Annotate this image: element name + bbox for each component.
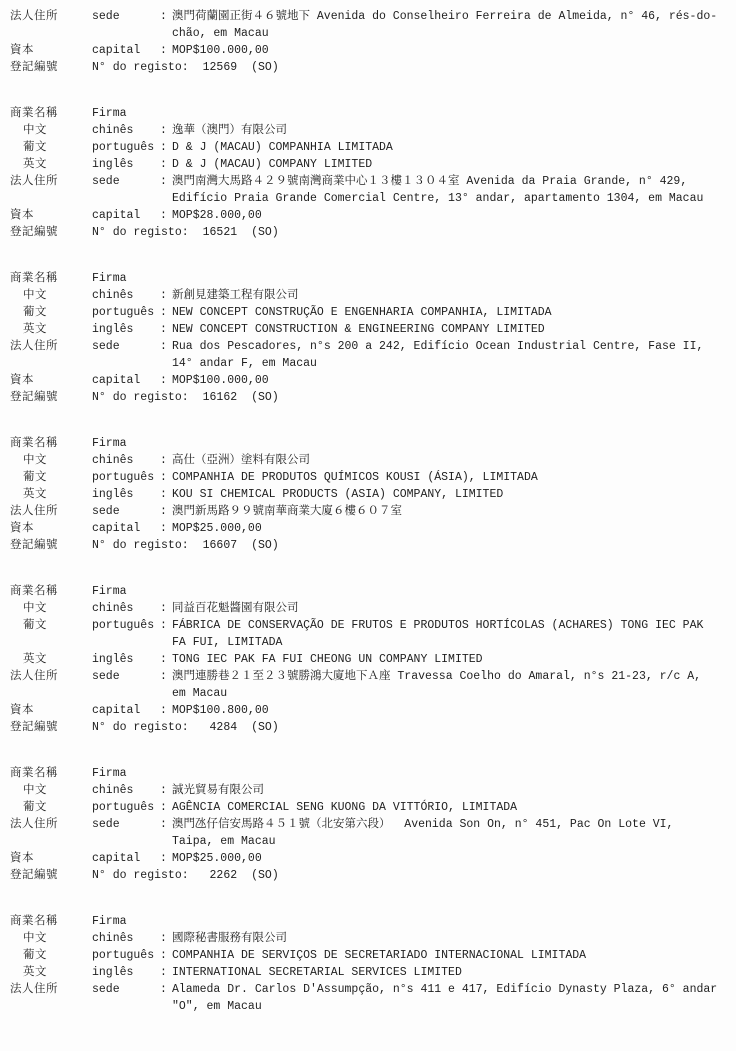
label-portuguese: chinês (92, 452, 160, 469)
label-portuguese: chinês (92, 600, 160, 617)
row-name-chinese: 中文chinês:新創見建築工程有限公司 (10, 287, 720, 304)
row-name-portuguese: 葡文português:D & J (MACAU) COMPANHIA LIMI… (10, 139, 720, 156)
label-chinese: 商業名稱 (10, 435, 92, 452)
label-chinese: 法人住所 (10, 503, 92, 520)
label-chinese: 中文 (10, 782, 92, 799)
label-chinese: 資本 (10, 702, 92, 719)
row-name-chinese: 中文chinês:國際秘書服務有限公司 (10, 930, 720, 947)
label-portuguese: N° do registo: (92, 719, 189, 736)
label-portuguese: N° do registo: (92, 537, 189, 554)
label-portuguese: sede (92, 173, 160, 190)
colon-separator: : (160, 304, 172, 321)
colon-separator: : (160, 702, 172, 719)
name-portuguese-value: COMPANHIA DE SERVIÇOS DE SECRETARIADO IN… (172, 947, 720, 964)
label-portuguese: Firma (92, 435, 160, 452)
sede-value: Alameda Dr. Carlos D'Assumpção, n°s 411 … (172, 981, 720, 1015)
row-name-portuguese: 葡文português:FÁBRICA DE CONSERVAÇÃO DE FR… (10, 617, 720, 651)
label-portuguese: N° do registo: (92, 389, 189, 406)
colon-separator: : (160, 469, 172, 486)
row-registo: 登記編號N° do registo:12569(SO) (10, 59, 720, 76)
colon-separator: : (160, 321, 172, 338)
registry-entry: 商業名稱Firma中文chinês:國際秘書服務有限公司葡文português:… (10, 913, 720, 1015)
label-portuguese: capital (92, 207, 160, 224)
registo-number: 4284 (203, 719, 238, 736)
row-name-portuguese: 葡文português:COMPANHIA DE PRODUTOS QUÍMIC… (10, 469, 720, 486)
name-chinese-value: 高仕（亞洲）塗料有限公司 (172, 452, 720, 469)
label-chinese: 中文 (10, 930, 92, 947)
label-portuguese: capital (92, 702, 160, 719)
colon-separator: : (160, 799, 172, 816)
label-chinese: 法人住所 (10, 8, 92, 25)
row-name-portuguese: 葡文português:NEW CONCEPT CONSTRUÇÃO E ENG… (10, 304, 720, 321)
capital-value: MOP$100.800,00 (172, 702, 720, 719)
label-portuguese: Firma (92, 583, 160, 600)
name-chinese-value: 誠光貿易有限公司 (172, 782, 720, 799)
label-portuguese: português (92, 947, 160, 964)
registo-suffix: (SO) (251, 537, 279, 554)
label-chinese: 法人住所 (10, 816, 92, 833)
label-chinese: 法人住所 (10, 338, 92, 355)
colon-separator: : (160, 503, 172, 520)
row-capital: 資本capital:MOP$100.800,00 (10, 702, 720, 719)
label-chinese: 葡文 (10, 304, 92, 321)
registry-entry: 商業名稱Firma中文chinês:逸華（澳門）有限公司葡文português:… (10, 105, 720, 241)
label-portuguese: chinês (92, 122, 160, 139)
name-english-value: TONG IEC PAK FA FUI CHEONG UN COMPANY LI… (172, 651, 720, 668)
colon-separator: : (160, 287, 172, 304)
sede-value: 澳門荷蘭園正街４６號地下 Avenida do Conselheiro Ferr… (172, 8, 720, 42)
colon-separator: : (160, 520, 172, 537)
name-portuguese-value: COMPANHIA DE PRODUTOS QUÍMICOS KOUSI (ÁS… (172, 469, 720, 486)
row-name-english: 英文inglês:D & J (MACAU) COMPANY LIMITED (10, 156, 720, 173)
row-capital: 資本capital:MOP$25.000,00 (10, 520, 720, 537)
row-sede: 法人住所sede:Alameda Dr. Carlos D'Assumpção,… (10, 981, 720, 1015)
label-portuguese: Firma (92, 270, 160, 287)
row-sede: 法人住所sede:澳門新馬路９９號南華商業大廈６樓６０７室 (10, 503, 720, 520)
row-firma: 商業名稱Firma (10, 583, 720, 600)
colon-separator: : (160, 850, 172, 867)
registry-entry: 法人住所sede:澳門荷蘭園正街４６號地下 Avenida do Conselh… (10, 8, 720, 76)
label-portuguese: sede (92, 503, 160, 520)
capital-value: MOP$100.000,00 (172, 372, 720, 389)
row-name-portuguese: 葡文português:AGÊNCIA COMERCIAL SENG KUONG… (10, 799, 720, 816)
name-portuguese-value: NEW CONCEPT CONSTRUÇÃO E ENGENHARIA COMP… (172, 304, 720, 321)
name-english-value: NEW CONCEPT CONSTRUCTION & ENGINEERING C… (172, 321, 720, 338)
label-chinese: 資本 (10, 207, 92, 224)
label-chinese: 登記編號 (10, 389, 92, 406)
label-chinese: 登記編號 (10, 59, 92, 76)
label-portuguese: inglês (92, 964, 160, 981)
colon-separator: : (160, 486, 172, 503)
row-name-chinese: 中文chinês:誠光貿易有限公司 (10, 782, 720, 799)
label-chinese: 登記編號 (10, 867, 92, 884)
colon-separator: : (160, 651, 172, 668)
capital-value: MOP$25.000,00 (172, 520, 720, 537)
label-portuguese: sede (92, 668, 160, 685)
row-sede: 法人住所sede:澳門氹仔信安馬路４５１號（北安第六段） Avenida Son… (10, 816, 720, 850)
registo-suffix: (SO) (251, 224, 279, 241)
registry-entries: 法人住所sede:澳門荷蘭園正街４６號地下 Avenida do Conselh… (10, 8, 720, 1015)
label-portuguese: Firma (92, 105, 160, 122)
row-capital: 資本capital:MOP$100.000,00 (10, 372, 720, 389)
colon-separator: : (160, 8, 172, 25)
registo-suffix: (SO) (251, 389, 279, 406)
label-portuguese: português (92, 304, 160, 321)
name-portuguese-value: FÁBRICA DE CONSERVAÇÃO DE FRUTOS E PRODU… (172, 617, 720, 651)
label-chinese: 商業名稱 (10, 270, 92, 287)
label-portuguese: N° do registo: (92, 224, 189, 241)
colon-separator: : (160, 600, 172, 617)
row-name-english: 英文inglês:INTERNATIONAL SECRETARIAL SERVI… (10, 964, 720, 981)
label-portuguese: português (92, 617, 160, 634)
sede-value: 澳門連勝巷２１至２３號勝鴻大廈地下Ａ座 Travessa Coelho do A… (172, 668, 720, 702)
label-chinese: 資本 (10, 372, 92, 389)
colon-separator: : (160, 122, 172, 139)
capital-value: MOP$25.000,00 (172, 850, 720, 867)
label-portuguese: português (92, 799, 160, 816)
label-portuguese: chinês (92, 782, 160, 799)
label-chinese: 中文 (10, 452, 92, 469)
row-capital: 資本capital:MOP$25.000,00 (10, 850, 720, 867)
label-chinese: 法人住所 (10, 668, 92, 685)
colon-separator: : (160, 338, 172, 355)
label-chinese: 英文 (10, 964, 92, 981)
colon-separator: : (160, 668, 172, 685)
label-chinese: 登記編號 (10, 224, 92, 241)
row-firma: 商業名稱Firma (10, 765, 720, 782)
label-portuguese: inglês (92, 321, 160, 338)
capital-value: MOP$28.000,00 (172, 207, 720, 224)
row-sede: 法人住所sede:澳門連勝巷２１至２３號勝鴻大廈地下Ａ座 Travessa Co… (10, 668, 720, 702)
label-chinese: 資本 (10, 850, 92, 867)
name-portuguese-value: AGÊNCIA COMERCIAL SENG KUONG DA VITTÓRIO… (172, 799, 720, 816)
label-portuguese: inglês (92, 651, 160, 668)
row-capital: 資本capital:MOP$100.000,00 (10, 42, 720, 59)
row-capital: 資本capital:MOP$28.000,00 (10, 207, 720, 224)
registry-entry: 商業名稱Firma中文chinês:誠光貿易有限公司葡文português:AG… (10, 765, 720, 884)
name-chinese-value: 國際秘書服務有限公司 (172, 930, 720, 947)
colon-separator: : (160, 816, 172, 833)
row-sede: 法人住所sede:澳門南灣大馬路４２９號南灣商業中心１３樓１３０４室 Aveni… (10, 173, 720, 207)
row-firma: 商業名稱Firma (10, 435, 720, 452)
label-chinese: 中文 (10, 122, 92, 139)
label-portuguese: português (92, 139, 160, 156)
sede-value: 澳門南灣大馬路４２９號南灣商業中心１３樓１３０４室 Avenida da Pra… (172, 173, 720, 207)
label-portuguese: inglês (92, 486, 160, 503)
row-registo: 登記編號N° do registo:4284(SO) (10, 719, 720, 736)
registry-entry: 商業名稱Firma中文chinês:高仕（亞洲）塗料有限公司葡文portuguê… (10, 435, 720, 554)
registo-suffix: (SO) (251, 867, 279, 884)
label-chinese: 中文 (10, 287, 92, 304)
row-registo: 登記編號N° do registo:16162(SO) (10, 389, 720, 406)
label-portuguese: sede (92, 816, 160, 833)
label-portuguese: sede (92, 8, 160, 25)
label-chinese: 中文 (10, 600, 92, 617)
name-chinese-value: 逸華（澳門）有限公司 (172, 122, 720, 139)
label-chinese: 商業名稱 (10, 105, 92, 122)
row-name-english: 英文inglês:KOU SI CHEMICAL PRODUCTS (ASIA)… (10, 486, 720, 503)
colon-separator: : (160, 372, 172, 389)
name-english-value: KOU SI CHEMICAL PRODUCTS (ASIA) COMPANY,… (172, 486, 720, 503)
capital-value: MOP$100.000,00 (172, 42, 720, 59)
label-portuguese: chinês (92, 930, 160, 947)
colon-separator: : (160, 782, 172, 799)
registo-suffix: (SO) (251, 719, 279, 736)
label-portuguese: sede (92, 981, 160, 998)
colon-separator: : (160, 617, 172, 634)
registo-number: 12569 (203, 59, 238, 76)
row-name-chinese: 中文chinês:高仕（亞洲）塗料有限公司 (10, 452, 720, 469)
label-chinese: 法人住所 (10, 173, 92, 190)
label-chinese: 登記編號 (10, 537, 92, 554)
label-chinese: 商業名稱 (10, 913, 92, 930)
label-portuguese: N° do registo: (92, 867, 189, 884)
label-portuguese: N° do registo: (92, 59, 189, 76)
row-sede: 法人住所sede:澳門荷蘭園正街４６號地下 Avenida do Conselh… (10, 8, 720, 42)
label-chinese: 葡文 (10, 617, 92, 634)
label-chinese: 英文 (10, 651, 92, 668)
label-chinese: 資本 (10, 520, 92, 537)
label-chinese: 葡文 (10, 469, 92, 486)
row-name-english: 英文inglês:TONG IEC PAK FA FUI CHEONG UN C… (10, 651, 720, 668)
label-chinese: 英文 (10, 486, 92, 503)
colon-separator: : (160, 452, 172, 469)
label-chinese: 商業名稱 (10, 583, 92, 600)
registo-number: 2262 (203, 867, 238, 884)
row-firma: 商業名稱Firma (10, 913, 720, 930)
name-english-value: D & J (MACAU) COMPANY LIMITED (172, 156, 720, 173)
label-chinese: 資本 (10, 42, 92, 59)
registry-entry: 商業名稱Firma中文chinês:同益百花魁醬園有限公司葡文português… (10, 583, 720, 736)
name-english-value: INTERNATIONAL SECRETARIAL SERVICES LIMIT… (172, 964, 720, 981)
label-portuguese: capital (92, 372, 160, 389)
colon-separator: : (160, 207, 172, 224)
registry-entry: 商業名稱Firma中文chinês:新創見建築工程有限公司葡文português… (10, 270, 720, 406)
name-portuguese-value: D & J (MACAU) COMPANHIA LIMITADA (172, 139, 720, 156)
name-chinese-value: 同益百花魁醬園有限公司 (172, 600, 720, 617)
sede-value: Rua dos Pescadores, n°s 200 a 242, Edifí… (172, 338, 720, 372)
label-portuguese: inglês (92, 156, 160, 173)
label-chinese: 葡文 (10, 139, 92, 156)
registo-number: 16162 (203, 389, 238, 406)
label-portuguese: capital (92, 42, 160, 59)
gazette-scan-page: 法人住所sede:澳門荷蘭園正街４６號地下 Avenida do Conselh… (0, 0, 736, 1051)
row-name-chinese: 中文chinês:逸華（澳門）有限公司 (10, 122, 720, 139)
colon-separator: : (160, 42, 172, 59)
row-registo: 登記編號N° do registo:16521(SO) (10, 224, 720, 241)
row-name-portuguese: 葡文português:COMPANHIA DE SERVIÇOS DE SEC… (10, 947, 720, 964)
label-portuguese: capital (92, 850, 160, 867)
label-chinese: 葡文 (10, 947, 92, 964)
label-portuguese: sede (92, 338, 160, 355)
sede-value: 澳門新馬路９９號南華商業大廈６樓６０７室 (172, 503, 720, 520)
colon-separator: : (160, 964, 172, 981)
label-chinese: 商業名稱 (10, 765, 92, 782)
colon-separator: : (160, 947, 172, 964)
row-name-chinese: 中文chinês:同益百花魁醬園有限公司 (10, 600, 720, 617)
row-sede: 法人住所sede:Rua dos Pescadores, n°s 200 a 2… (10, 338, 720, 372)
label-portuguese: Firma (92, 913, 160, 930)
label-chinese: 登記編號 (10, 719, 92, 736)
colon-separator: : (160, 930, 172, 947)
colon-separator: : (160, 981, 172, 998)
label-portuguese: capital (92, 520, 160, 537)
colon-separator: : (160, 173, 172, 190)
label-chinese: 英文 (10, 321, 92, 338)
colon-separator: : (160, 156, 172, 173)
label-portuguese: chinês (92, 287, 160, 304)
row-name-english: 英文inglês:NEW CONCEPT CONSTRUCTION & ENGI… (10, 321, 720, 338)
label-chinese: 英文 (10, 156, 92, 173)
row-registo: 登記編號N° do registo:2262(SO) (10, 867, 720, 884)
row-registo: 登記編號N° do registo:16607(SO) (10, 537, 720, 554)
name-chinese-value: 新創見建築工程有限公司 (172, 287, 720, 304)
row-firma: 商業名稱Firma (10, 105, 720, 122)
colon-separator: : (160, 139, 172, 156)
registo-number: 16521 (203, 224, 238, 241)
label-portuguese: Firma (92, 765, 160, 782)
label-chinese: 法人住所 (10, 981, 92, 998)
row-firma: 商業名稱Firma (10, 270, 720, 287)
registo-number: 16607 (203, 537, 238, 554)
registo-suffix: (SO) (251, 59, 279, 76)
label-chinese: 葡文 (10, 799, 92, 816)
sede-value: 澳門氹仔信安馬路４５１號（北安第六段） Avenida Son On, n° 4… (172, 816, 720, 850)
label-portuguese: português (92, 469, 160, 486)
